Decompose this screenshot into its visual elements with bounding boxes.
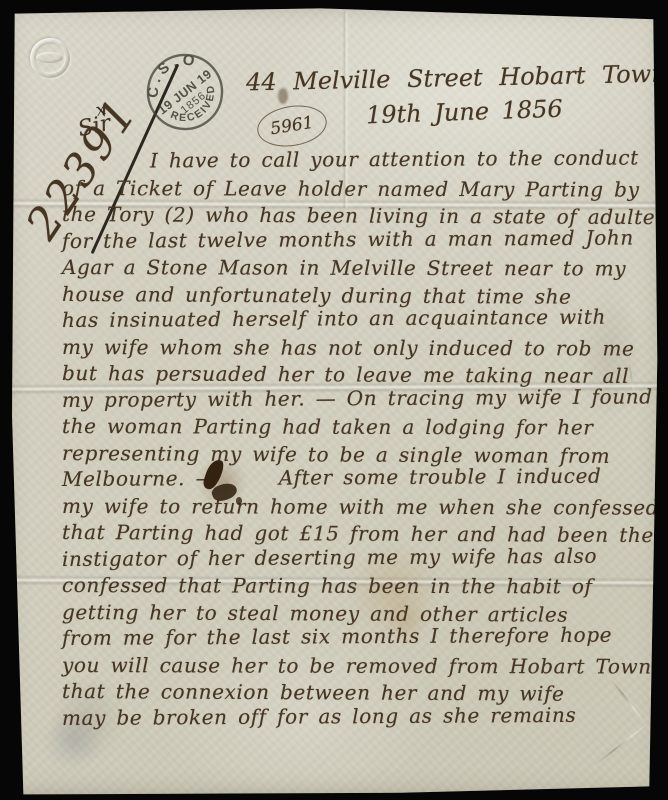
ink-blot-dot (236, 497, 242, 505)
body-line: my wife whom she has not only induced to… (62, 334, 648, 362)
embossed-seal-icon (30, 38, 70, 78)
body-line: my property with her. — On tracing my wi… (62, 383, 648, 413)
body-line: confessed that Parting has been in the h… (62, 572, 648, 600)
body-line: may be broken off for as long as she rem… (62, 701, 648, 731)
body-line: Melbourne. — After some trouble I induce… (62, 462, 648, 492)
file-number-text: 5961 (269, 113, 315, 140)
address-line: 44 Melville Street Hobart Town (246, 60, 667, 97)
seal-emblem (36, 52, 63, 63)
body-line: from me for the last six months I theref… (62, 621, 648, 651)
received-date-stamp-icon: C.S.O 19 JUN 19 1856 RECEIVED (115, 22, 255, 162)
letter-body: I have to call your attention to the con… (62, 148, 648, 731)
body-line: you will cause her to be removed from Ho… (62, 652, 648, 680)
body-line: for the last twelve months with a man na… (62, 224, 648, 254)
body-line: instigator of her deserting me my wife h… (62, 542, 648, 572)
body-line: the woman Parting had taken a lodging fo… (62, 413, 648, 441)
body-line: I have to call your attention to the con… (62, 144, 648, 174)
letter-page: 22391 x Sir C.S.O 19 JUN 19 1856 RECEIVE… (0, 0, 668, 800)
body-line: Agar a Stone Mason in Melville Street ne… (62, 254, 648, 282)
photo-background: 22391 x Sir C.S.O 19 JUN 19 1856 RECEIVE… (0, 0, 668, 800)
circled-file-number: 5961 (254, 101, 329, 151)
body-line: of a Ticket of Leave holder named Mary P… (62, 175, 648, 203)
date-line: 19th June 1856 (366, 95, 564, 130)
body-line: has insinuated herself into an acquainta… (62, 303, 648, 333)
body-line: my wife to return home with me when she … (62, 493, 648, 521)
